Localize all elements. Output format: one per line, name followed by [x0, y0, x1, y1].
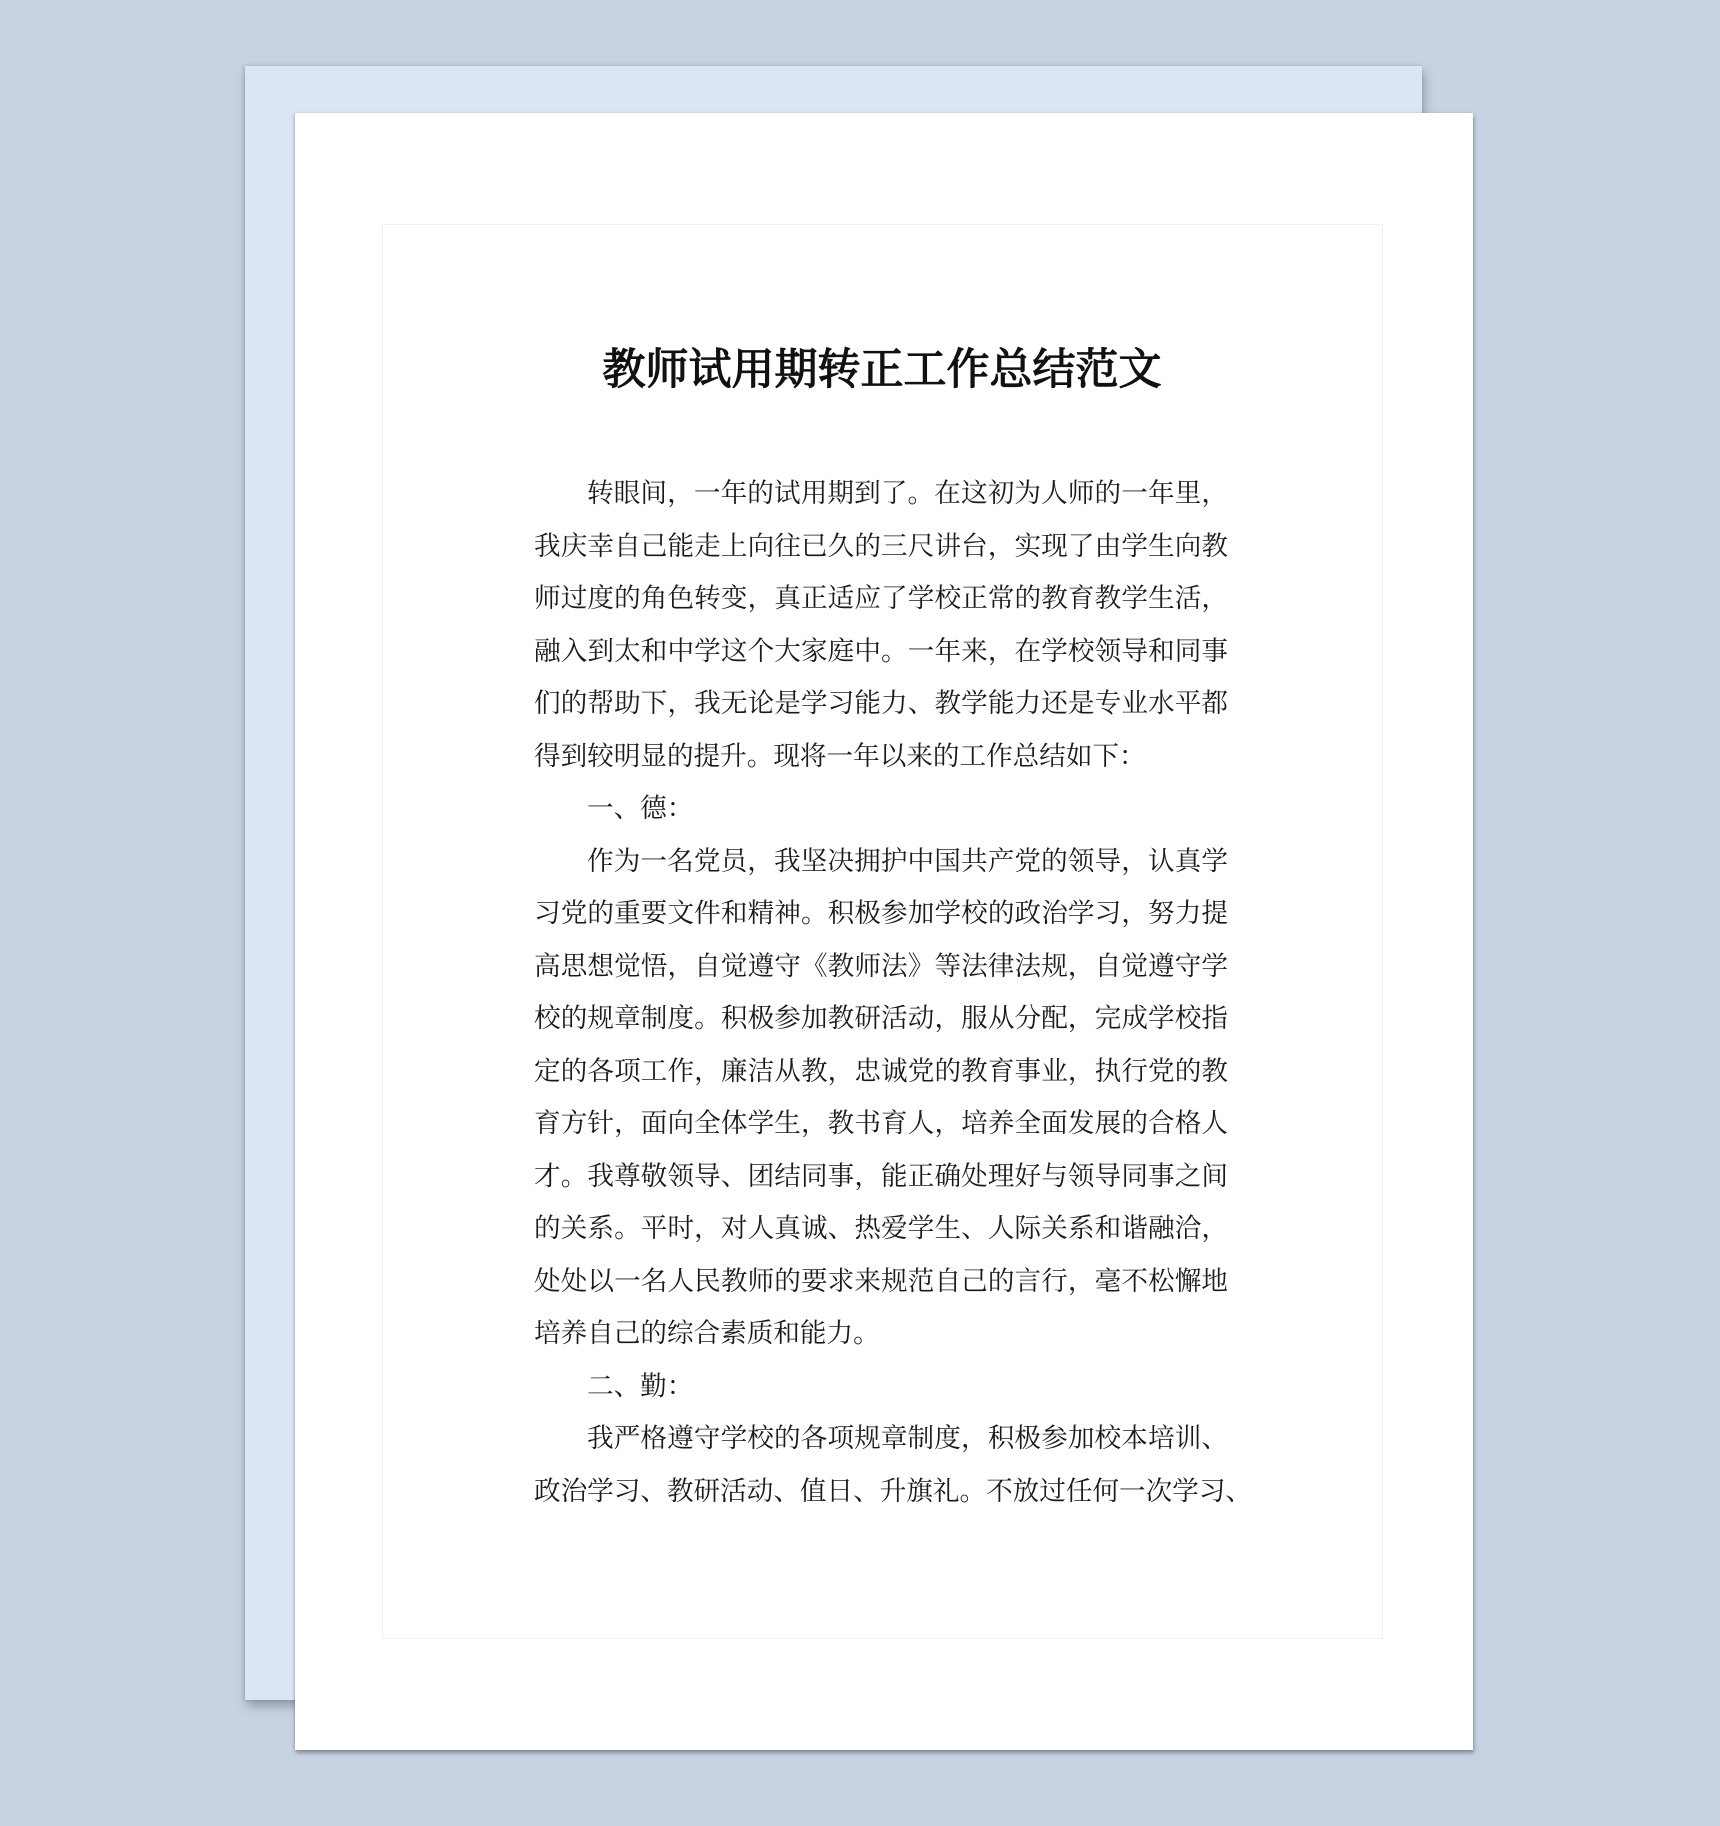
paragraph-line: 我庆幸自己能走上向往已久的三尺讲台，实现了由学生向教: [534, 521, 1228, 574]
document-page: 教师试用期转正工作总结范文 转眼间，一年的试用期到了。在这初为人师的一年里， 我…: [295, 113, 1473, 1750]
paragraph-line: 高思想觉悟，自觉遵守《教师法》等法律法规，自觉遵守学: [534, 941, 1228, 994]
document-body: 转眼间，一年的试用期到了。在这初为人师的一年里， 我庆幸自己能走上向往已久的三尺…: [534, 468, 1228, 1518]
paragraph-line: 定的各项工作，廉洁从教，忠诚党的教育事业，执行党的教: [534, 1046, 1228, 1099]
paragraph-line: 融入到太和中学这个大家庭中。一年来，在学校领导和同事: [534, 626, 1228, 679]
section-heading-de: 一、德：: [534, 783, 1228, 836]
paragraph-line: 培养自己的综合素质和能力。: [534, 1308, 1228, 1361]
paragraph-line: 的关系。平时，对人真诚、热爱学生、人际关系和谐融洽，: [534, 1203, 1228, 1256]
paragraph-line: 作为一名党员，我坚决拥护中国共产党的领导，认真学: [534, 836, 1228, 889]
paragraph-line: 们的帮助下，我无论是学习能力、教学能力还是专业水平都: [534, 678, 1228, 731]
paragraph-line: 校的规章制度。积极参加教研活动，服从分配，完成学校指: [534, 993, 1228, 1046]
paragraph-line: 育方针，面向全体学生，教书育人，培养全面发展的合格人: [534, 1098, 1228, 1151]
paragraph-line: 才。我尊敬领导、团结同事，能正确处理好与领导同事之间: [534, 1151, 1228, 1204]
section-heading-qin: 二、勤：: [534, 1361, 1228, 1414]
paragraph-line: 师过度的角色转变，真正适应了学校正常的教育教学生活，: [534, 573, 1228, 626]
paragraph-line: 转眼间，一年的试用期到了。在这初为人师的一年里，: [534, 468, 1228, 521]
document-title: 教师试用期转正工作总结范文: [295, 340, 1469, 400]
paragraph-line: 政治学习、教研活动、值日、升旗礼。不放过任何一次学习、: [534, 1466, 1228, 1519]
paragraph-line: 我严格遵守学校的各项规章制度，积极参加校本培训、: [534, 1413, 1228, 1466]
paragraph-line: 习党的重要文件和精神。积极参加学校的政治学习，努力提: [534, 888, 1228, 941]
paragraph-line: 得到较明显的提升。现将一年以来的工作总结如下：: [534, 731, 1228, 784]
paragraph-line: 处处以一名人民教师的要求来规范自己的言行，毫不松懈地: [534, 1256, 1228, 1309]
